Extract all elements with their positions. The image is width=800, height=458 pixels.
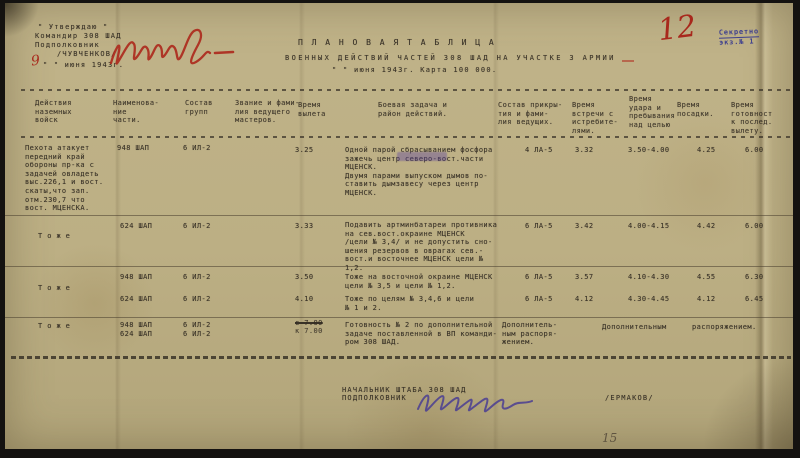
cell-r2-landing: 4.42: [697, 222, 715, 231]
cell-r1-unit: 948 ШАП: [117, 144, 149, 153]
cell-r3a-unit: 948 ШАП: [120, 273, 152, 282]
cell-r1-ground-action: Пехота атакует передний край обороны пр-…: [25, 144, 103, 213]
separator-dotted-top: [21, 89, 793, 91]
page-number-red: 12: [656, 9, 698, 48]
cell-r3b-meet: 4.12: [575, 295, 593, 304]
cell-r1-escort: 4 ЛА-5: [525, 146, 553, 155]
commander-signature-red: [105, 27, 237, 75]
cell-r2-meet: 3.42: [575, 222, 593, 231]
cell-r4-note1: Дополнительным: [602, 323, 667, 332]
col-header-combat-task: Боевая задача и район действий.: [378, 101, 447, 118]
cell-r1-group: 6 ИЛ-2: [183, 144, 211, 153]
chief-surname: /ЕРМАКОВ/: [605, 394, 654, 403]
approval-quote: " Утверждаю ": [38, 23, 108, 32]
cell-r2-takeoff: 3.33: [295, 222, 313, 231]
col-header-leader: Звание и фами- лия ведущего мастеров.: [235, 99, 300, 125]
cell-r4-task: Готовность № 2 по дополнительной задаче …: [345, 321, 497, 347]
red-pencil-tick: [622, 60, 634, 62]
cell-r4-takeoff: к 7.00: [295, 327, 323, 336]
col-header-strike-time: Время удара и пребывания над целью: [629, 95, 675, 129]
separator-dotted-header: [21, 136, 793, 138]
cell-r3b-group: 6 ИЛ-2: [183, 295, 211, 304]
row-separator-3: [5, 317, 793, 318]
cell-r1-takeoff: 3.25: [295, 146, 313, 155]
cell-r4-unit: 948 ШАП 624 ШАП: [120, 321, 152, 338]
cell-r3b-unit: 624 ШАП: [120, 295, 152, 304]
secrecy-stamp-line2: экз.№ 1: [719, 37, 754, 46]
col-header-ground-action: Действия наземных войск: [35, 99, 72, 125]
cell-r1-landing: 4.25: [697, 146, 715, 155]
approval-rank: Подполковник: [35, 41, 100, 50]
col-header-landing-time: Время посадки.: [677, 101, 714, 118]
cell-r3a-task: Тоже на восточной окраине МЦЕНСК цели № …: [345, 273, 493, 290]
cell-r3a-ready: 6.30: [745, 273, 763, 282]
col-header-meet-time: Время встречи с истребите- лями.: [572, 101, 618, 135]
col-header-unit: Наименова- ние части.: [113, 99, 159, 125]
cell-r2-escort: 6 ЛА-5: [525, 222, 553, 231]
cell-r2-ground-action: Т о ж е: [38, 232, 70, 241]
cell-r2-strike: 4.00-4.15: [628, 222, 670, 231]
chief-rank-line: ПОДПОЛКОВНИК: [342, 394, 407, 403]
col-header-takeoff-time: Время вылета: [298, 101, 326, 118]
cell-r3a-escort: 6 ЛА-5: [525, 273, 553, 282]
cell-r1-strike: 3.50-4.00: [628, 146, 670, 155]
cell-r3b-ready: 6.45: [745, 295, 763, 304]
cell-r3a-strike: 4.10-4.30: [628, 273, 670, 282]
cell-r4-group: 6 ИЛ-2 6 ИЛ-2: [183, 321, 211, 338]
document-title: П Л А Н О В А Я Т А Б Л И Ц А: [298, 39, 496, 48]
chief-signature-purple: [410, 387, 550, 419]
col-header-group: Состав групп: [185, 99, 213, 116]
cell-r4-escort: Дополнитель- ным распоря- жением.: [502, 321, 557, 347]
secrecy-stamp: Секретно экз.№ 1: [719, 27, 760, 46]
col-header-ready-time: Время готовност к послед. вылету.: [731, 101, 773, 135]
pencil-page-number: 15: [602, 431, 617, 445]
cell-r3a-landing: 4.55: [697, 273, 715, 282]
cell-r2-group: 6 ИЛ-2: [183, 222, 211, 231]
document-paper: " Утверждаю " Командир 308 ШАД Подполков…: [5, 3, 793, 449]
cell-r3b-landing: 4.12: [697, 295, 715, 304]
cell-r2-ready: 6.00: [745, 222, 763, 231]
cell-r2-task: Подавить артминбатареи противника на сев…: [345, 221, 497, 273]
cell-r3b-takeoff: 4.10: [295, 295, 313, 304]
separator-dotted-bottom: [11, 356, 791, 359]
cell-r1-ready: 6.00: [745, 146, 763, 155]
col-header-escort: Состав прикры- тия и фами- лия ведущих.: [498, 101, 563, 127]
cell-r3a-takeoff: 3.50: [295, 273, 313, 282]
cell-r4-ground-action: Т о ж е: [38, 322, 70, 331]
cell-r3b-strike: 4.30-4.45: [628, 295, 670, 304]
cell-r1-meet: 3.32: [575, 146, 593, 155]
cell-r3a-group: 6 ИЛ-2: [183, 273, 211, 282]
document-subtitle: ВОЕННЫХ ДЕЙСТВИЙ ЧАСТЕЙ 308 ШАД НА УЧАСТ…: [285, 54, 616, 63]
ink-smudge: [397, 152, 447, 161]
cell-r3-ground-action: Т о ж е: [38, 284, 70, 293]
document-date-map: " " июня 1943г. Карта 100 000.: [332, 66, 497, 75]
cell-r3b-escort: 6 ЛА-5: [525, 295, 553, 304]
handwritten-day-red: 9: [30, 53, 41, 70]
cell-r2-unit: 624 ШАП: [120, 222, 152, 231]
cell-r3b-task: Тоже по целям № 3,4,6 и цели № 1 и 2.: [345, 295, 474, 312]
cell-r4-note2: распоряжением.: [692, 323, 757, 332]
row-separator-1: [5, 215, 793, 216]
cell-r3a-meet: 3.57: [575, 273, 593, 282]
